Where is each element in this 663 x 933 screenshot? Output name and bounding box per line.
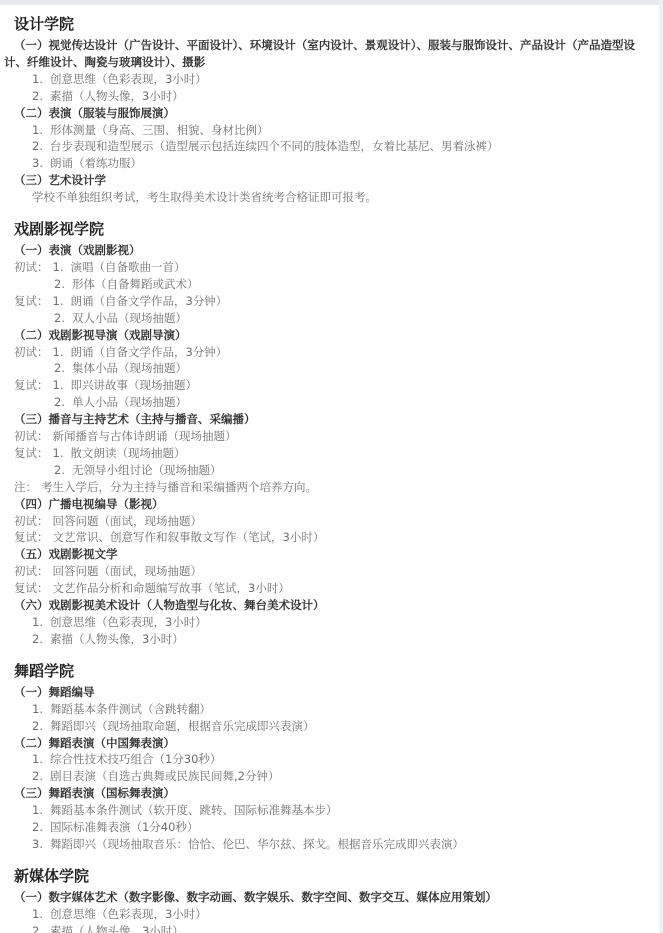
subhead-line: （六）戏剧影视美术设计（人物造型与化妆、舞台美术设计） (4, 597, 651, 614)
item-number: 2. (32, 138, 43, 155)
section-title: 戏剧影视学院 (14, 219, 651, 240)
item-number: 1. (32, 906, 43, 923)
phase-line: 初试：新闻播音与古体诗朗诵（现场抽题） (14, 428, 651, 445)
phase-label: 复试： (14, 378, 49, 392)
exam-item-line: 1.创意思维（色彩表现，3小时） (14, 906, 651, 923)
exam-item-line: 1.综合性技术技巧组合（1分30秒） (14, 751, 651, 768)
phase-continuation-line: 2.无领导小组讨论（现场抽题） (14, 462, 651, 479)
exam-item-line: 2.素描（人物头像，3小时） (14, 88, 651, 105)
phase-line: 复试：1.朗诵（自备文学作品，3分钟） (14, 293, 651, 310)
exam-item-line: 1.创意思维（色彩表现，3小时） (14, 71, 651, 88)
item-text: 集体小品（现场抽题） (72, 361, 187, 375)
item-text: 综合性技术技巧组合（1分30秒） (50, 752, 221, 766)
item-text: 形体（自备舞蹈或武术） (72, 277, 199, 291)
section-title: 设计学院 (14, 14, 651, 35)
phase-label: 初试： (14, 514, 49, 528)
paragraph-line: 学校不单独组织考试，考生取得美术设计类省统考合格证即可报考。 (14, 189, 651, 206)
item-number: 2. (54, 310, 65, 327)
exam-item-line: 1.创意思维（色彩表现，3小时） (14, 614, 651, 631)
item-text: 创意思维（色彩表现，3小时） (50, 72, 207, 86)
subhead-line: （四）广播电视编导（影视） (4, 496, 651, 513)
subhead-line: （一）数字媒体艺术（数字影像、数字动画、数字娱乐、数字空间、数字交互、媒体应用策… (4, 889, 651, 906)
section: 新媒体学院（一）数字媒体艺术（数字影像、数字动画、数字娱乐、数字空间、数字交互、… (14, 866, 651, 933)
exam-item-line: 1.舞蹈基本条件测试（含跳转翻） (14, 701, 651, 718)
exam-item-line: 1.舞蹈基本条件测试（软开度、跳转、国际标准舞基本步） (14, 802, 651, 819)
exam-item-line: 3.朗诵（着练功服） (14, 155, 651, 172)
item-text: 文艺常识、创意写作和叙事散文写作（笔试，3小时） (53, 530, 325, 544)
subhead-line: （一）视觉传达设计（广告设计、平面设计）、环境设计（室内设计、景观设计）、服装与… (4, 37, 651, 71)
item-number: 2. (32, 718, 43, 735)
section-title: 舞蹈学院 (14, 661, 651, 682)
item-text: 新闻播音与古体诗朗诵（现场抽题） (53, 429, 237, 443)
item-number: 1. (32, 614, 43, 631)
item-text: 朗诵（自备文学作品，3分钟） (70, 345, 227, 359)
item-text: 国际标准舞表演（1分40秒） (50, 820, 198, 834)
item-text: 形体测量（身高、三围、相貌、身材比例） (50, 123, 269, 137)
phase-continuation-line: 2.单人小品（现场抽题） (14, 394, 651, 411)
item-text: 台步表现和造型展示（造型展示包括连续四个不同的肢体造型，女着比基尼、男着泳裤） (50, 139, 499, 153)
item-number: 2. (32, 923, 43, 933)
exam-item-line: 2.素描（人物头像，3小时） (14, 923, 651, 933)
section: 戏剧影视学院（一）表演（戏剧影视）初试：1.演唱（自备歌曲一首）2.形体（自备舞… (14, 219, 651, 648)
phase-continuation-line: 2.集体小品（现场抽题） (14, 360, 651, 377)
phase-label: 复试： (14, 581, 49, 595)
phase-line: 复试：文艺常识、创意写作和叙事散文写作（笔试，3小时） (14, 529, 651, 546)
item-text: 创意思维（色彩表现，3小时） (50, 615, 207, 629)
phase-continuation-line: 2.形体（自备舞蹈或武术） (14, 276, 651, 293)
item-number: 2. (54, 394, 65, 411)
phase-line: 初试：回答问题（面试，现场抽题） (14, 513, 651, 530)
phase-line: 复试：文艺作品分析和命题编写故事（笔试，3小时） (14, 580, 651, 597)
subhead-line: （一）表演（戏剧影视） (4, 242, 651, 259)
item-number: 2. (32, 768, 43, 785)
phase-label: 初试： (14, 429, 49, 443)
phase-label: 复试： (14, 294, 49, 308)
phase-continuation-line: 2.双人小品（现场抽题） (14, 310, 651, 327)
phase-line: 初试：1.演唱（自备歌曲一首） (14, 259, 651, 276)
item-number: 2. (54, 462, 65, 479)
phase-label: 初试： (14, 564, 49, 578)
item-number: 1. (53, 377, 64, 394)
exam-item-line: 2.国际标准舞表演（1分40秒） (14, 819, 651, 836)
item-text: 演唱（自备歌曲一首） (70, 260, 185, 274)
item-text: 考生入学后，分为主持与播音和采编播两个培养方向。 (41, 480, 317, 494)
item-text: 舞蹈基本条件测试（软开度、跳转、国际标准舞基本步） (50, 803, 338, 817)
item-number: 1. (53, 259, 64, 276)
phase-label: 初试： (14, 260, 49, 274)
subhead-line: （二）戏剧影视导演（戏剧导演） (4, 327, 651, 344)
subhead-line: （五）戏剧影视文学 (4, 546, 651, 563)
exam-item-line: 2.舞蹈即兴（现场抽取命题，根据音乐完成即兴表演） (14, 718, 651, 735)
item-number: 3. (32, 155, 43, 172)
item-text: 素描（人物头像，3小时） (50, 632, 184, 646)
subhead-line: （二）表演（服装与服饰展演） (4, 105, 651, 122)
subhead-line: （一）舞蹈编导 (4, 684, 651, 701)
exam-item-line: 2.剧目表演（自选古典舞或民族民间舞,2分钟） (14, 768, 651, 785)
phase-line: 注：考生入学后，分为主持与播音和采编播两个培养方向。 (14, 479, 651, 496)
item-number: 1. (32, 802, 43, 819)
item-number: 3. (32, 836, 43, 853)
item-number: 1. (32, 71, 43, 88)
item-text: 素描（人物头像，3小时） (50, 924, 184, 933)
item-text: 素描（人物头像，3小时） (50, 89, 184, 103)
item-text: 散文朗读（现场抽题） (70, 446, 185, 460)
item-text: 回答问题（面试，现场抽题） (53, 564, 203, 578)
item-number: 1. (32, 701, 43, 718)
item-text: 创意思维（色彩表现，3小时） (50, 907, 207, 921)
exam-item-line: 2.素描（人物头像，3小时） (14, 631, 651, 648)
item-text: 文艺作品分析和命题编写故事（笔试，3小时） (53, 581, 290, 595)
item-number: 1. (53, 344, 64, 361)
phase-line: 复试：1.即兴讲故事（现场抽题） (14, 377, 651, 394)
item-text: 即兴讲故事（现场抽题） (70, 378, 197, 392)
phase-line: 初试：回答问题（面试，现场抽题） (14, 563, 651, 580)
section: 设计学院（一）视觉传达设计（广告设计、平面设计）、环境设计（室内设计、景观设计）… (14, 14, 651, 206)
phase-label: 注： (14, 480, 37, 494)
item-text: 单人小品（现场抽题） (72, 395, 187, 409)
item-number: 2. (54, 360, 65, 377)
item-text: 剧目表演（自选古典舞或民族民间舞,2分钟） (50, 769, 279, 783)
item-number: 1. (53, 445, 64, 462)
item-text: 双人小品（现场抽题） (72, 311, 187, 325)
item-number: 2. (32, 819, 43, 836)
phase-line: 复试：1.散文朗读（现场抽题） (14, 445, 651, 462)
item-text: 朗诵（着练功服） (50, 156, 142, 170)
item-text: 回答问题（面试，现场抽题） (53, 514, 203, 528)
item-number: 2. (32, 88, 43, 105)
item-text: 舞蹈基本条件测试（含跳转翻） (50, 702, 211, 716)
item-text: 无领导小组讨论（现场抽题） (72, 463, 222, 477)
item-number: 1. (53, 293, 64, 310)
phase-line: 初试：1.朗诵（自备文学作品，3分钟） (14, 344, 651, 361)
subhead-line: （三）舞蹈表演（国标舞表演） (4, 785, 651, 802)
item-text: 舞蹈即兴（现场抽取命题，根据音乐完成即兴表演） (50, 719, 315, 733)
section-title: 新媒体学院 (14, 866, 651, 887)
exam-item-line: 2.台步表现和造型展示（造型展示包括连续四个不同的肢体造型，女着比基尼、男着泳裤… (14, 138, 651, 155)
subhead-line: （三）播音与主持艺术（主持与播音、采编播） (4, 411, 651, 428)
document-body: 设计学院（一）视觉传达设计（广告设计、平面设计）、环境设计（室内设计、景观设计）… (0, 5, 663, 933)
item-number: 1. (32, 122, 43, 139)
item-number: 2. (54, 276, 65, 293)
item-text: 舞蹈即兴（现场抽取音乐：恰恰、伦巴、华尔兹、探戈。根据音乐完成即兴表演） (50, 837, 464, 851)
phase-label: 复试： (14, 530, 49, 544)
item-number: 1. (32, 751, 43, 768)
phase-label: 初试： (14, 345, 49, 359)
exam-item-line: 3.舞蹈即兴（现场抽取音乐：恰恰、伦巴、华尔兹、探戈。根据音乐完成即兴表演） (14, 836, 651, 853)
item-number: 2. (32, 631, 43, 648)
section: 舞蹈学院（一）舞蹈编导1.舞蹈基本条件测试（含跳转翻）2.舞蹈即兴（现场抽取命题… (14, 661, 651, 853)
exam-item-line: 1.形体测量（身高、三围、相貌、身材比例） (14, 122, 651, 139)
subhead-line: （二）舞蹈表演（中国舞表演） (4, 735, 651, 752)
phase-label: 复试： (14, 446, 49, 460)
subhead-line: （三）艺术设计学 (4, 172, 651, 189)
item-text: 朗诵（自备文学作品，3分钟） (70, 294, 227, 308)
